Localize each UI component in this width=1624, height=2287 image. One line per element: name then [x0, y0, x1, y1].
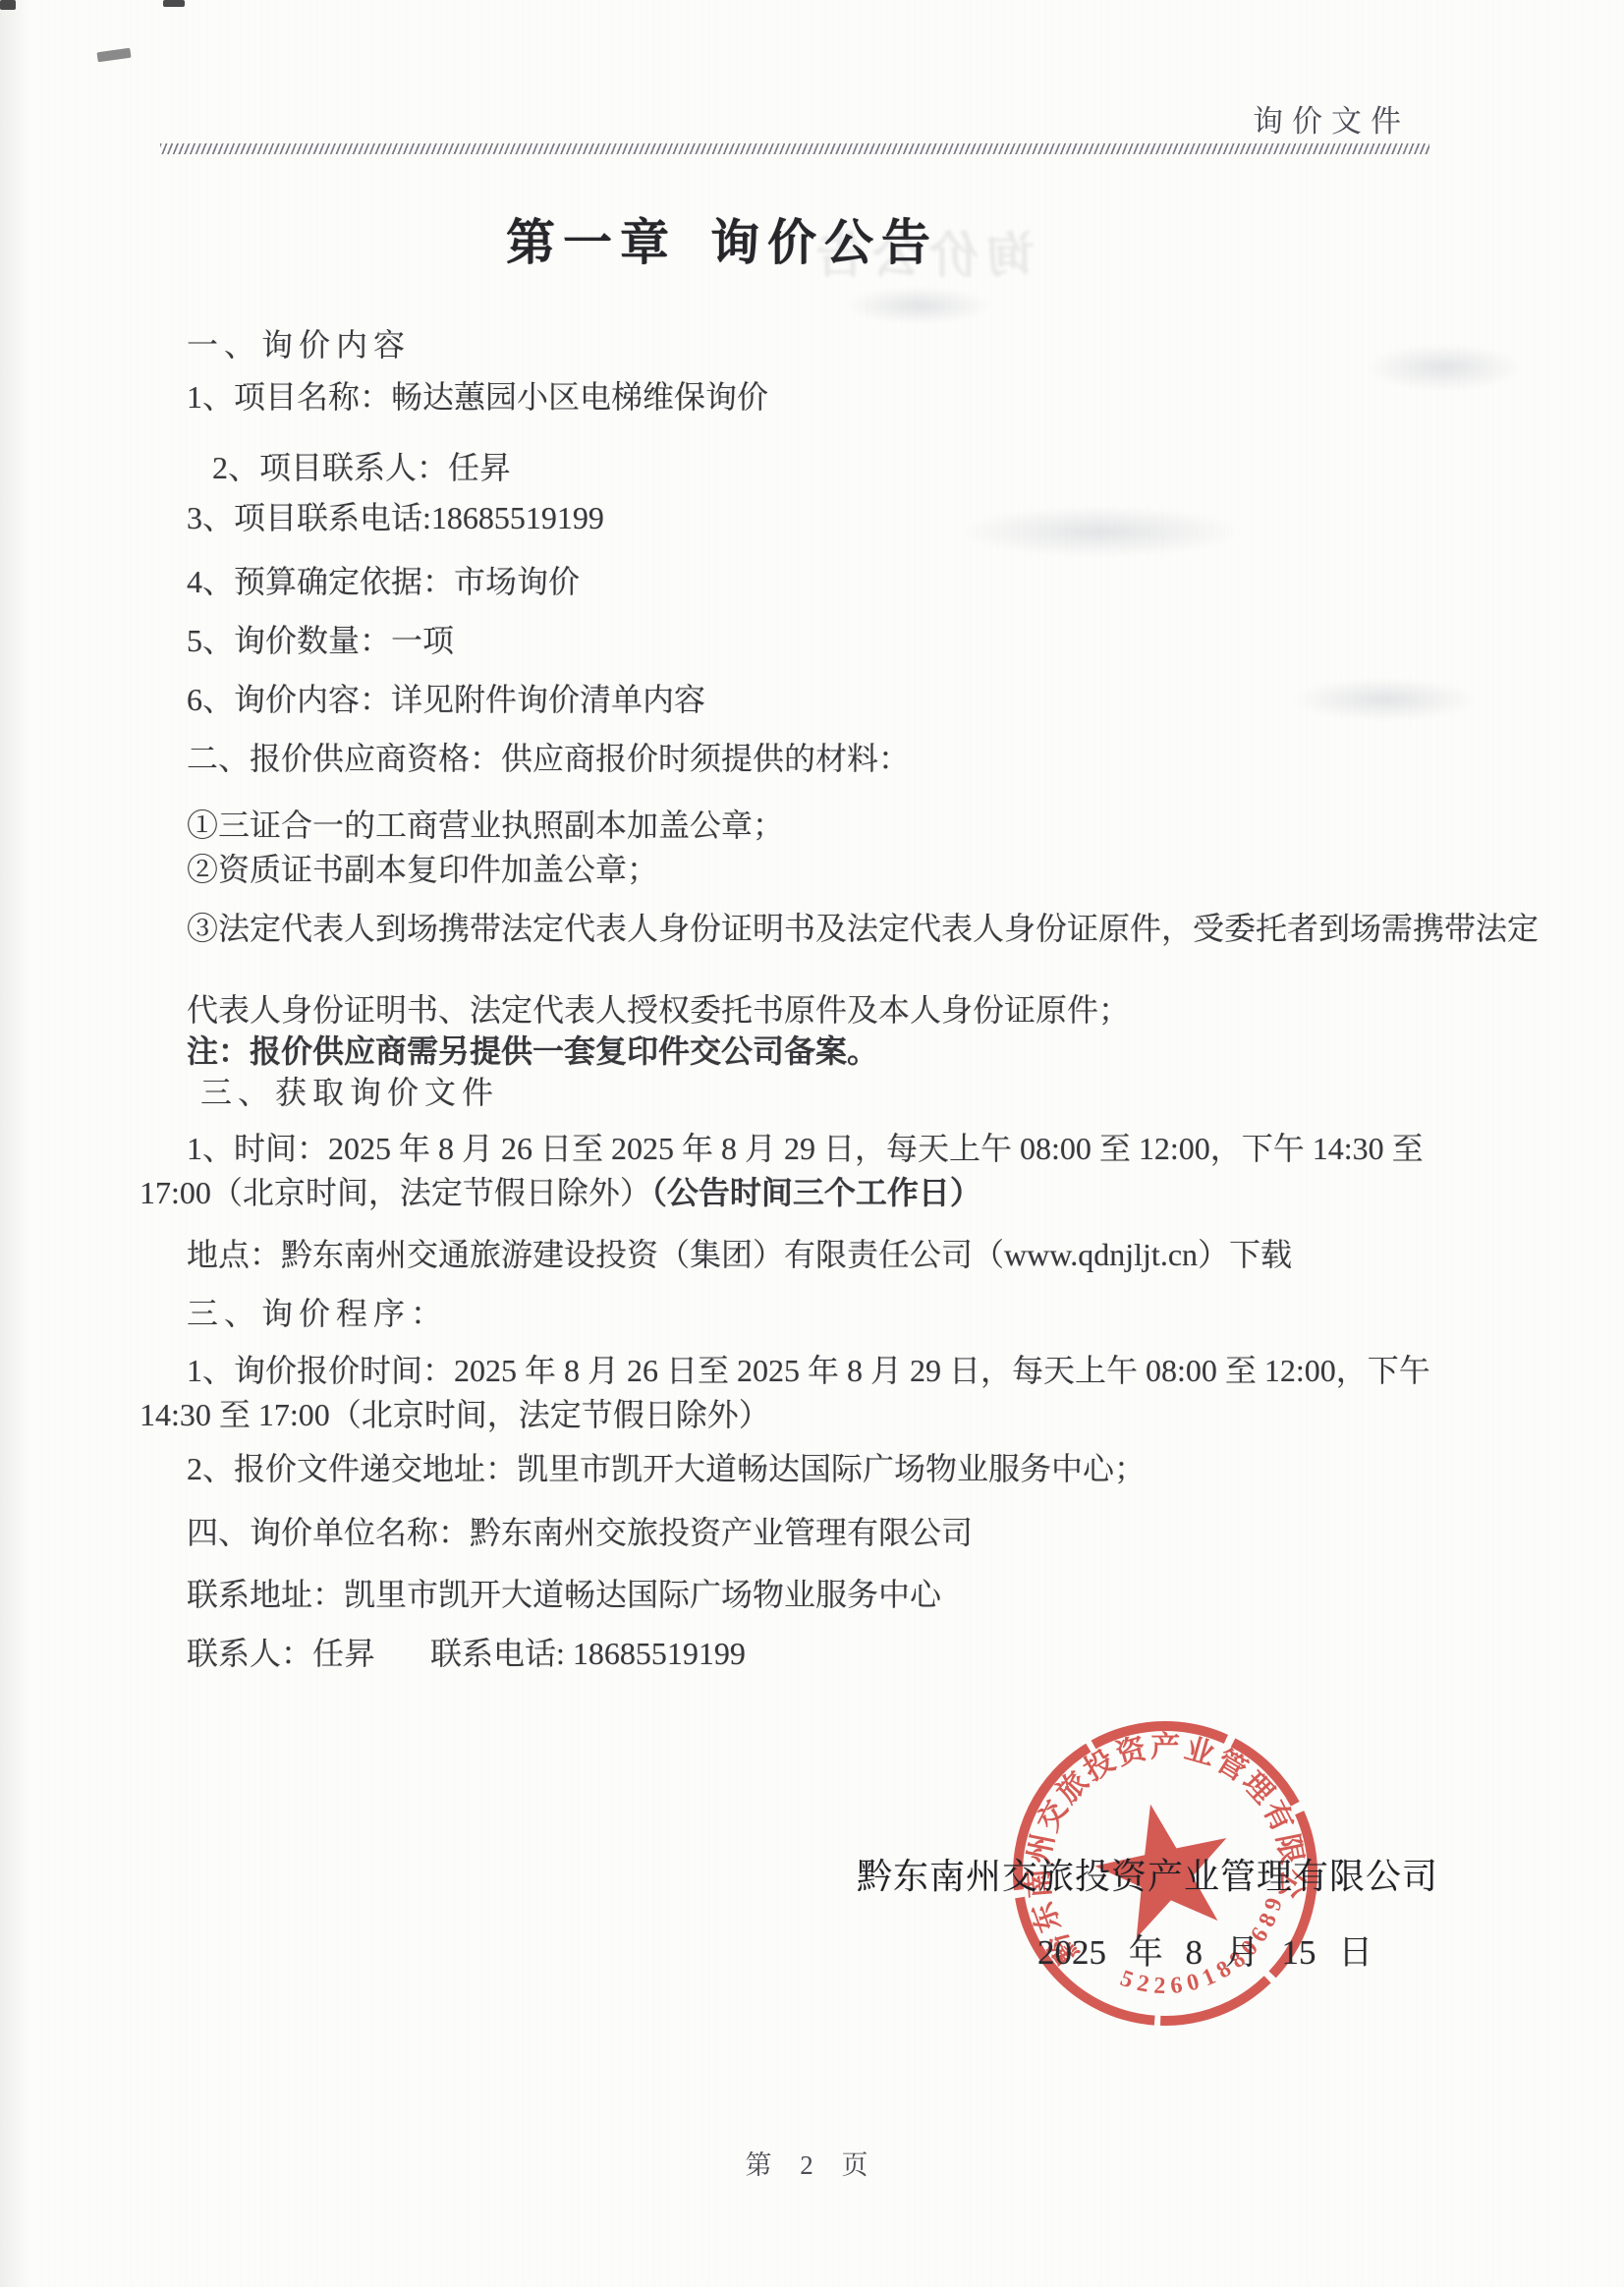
contact-person: 联系人：任昇: [187, 1636, 375, 1671]
item-project-phone: 3、项目联系电话:18685519199: [140, 497, 1515, 538]
signature-date: 2025 年 8 月 15 日: [1037, 1925, 1372, 1975]
item-budget-basis: 4、预算确定依据：市场询价: [140, 561, 1515, 602]
contact-address: 联系地址：凯里市凯开大道畅达国际广场物业服务中心: [140, 1574, 1515, 1615]
contact-line: 联系人：任昇联系电话: 18685519199: [140, 1633, 1515, 1674]
signature-company-name: 黔东南州交旅投资产业管理有限公司: [857, 1849, 1438, 1899]
item-project-name: 1、项目名称：畅达蕙园小区电梯维保询价: [140, 376, 1515, 418]
obtain-location: 地点：黔东南州交通旅游建设投资（集团）有限责任公司（www.qdnjljt.cn…: [140, 1234, 1515, 1275]
section-3-heading: 三、获取询价文件: [140, 1072, 1515, 1113]
section-2-heading: 二、报价供应商资格：供应商报价时须提供的材料：: [140, 738, 1515, 779]
chapter-number: 第一章: [506, 215, 677, 270]
scan-artifact-mark: [163, 0, 185, 7]
hatched-divider: [160, 143, 1429, 154]
chapter-name: 询价公告: [710, 215, 938, 270]
scanned-document-page: 询价文件 询价公告 第一章询价公告 一、询价内容 1、项目名称：畅达蕙园小区电梯…: [0, 0, 1624, 2287]
obtain-time-bold-note: （公告时间三个工作日）: [651, 1175, 981, 1210]
note-copies: 注：报价供应商需另提供一套复印件交公司备案。: [140, 1031, 1515, 1072]
page-title: 第一章询价公告: [506, 203, 938, 274]
obtain-time-line2: 17:00（北京时间，法定节假日除外）（公告时间三个工作日）: [140, 1172, 1515, 1213]
obtain-time-line1: 1、时间：2025 年 8 月 26 日至 2025 年 8 月 29 日，每天…: [140, 1128, 1515, 1169]
showthrough-artifact: [845, 287, 992, 324]
req-legal-rep-line1: ③法定代表人到场携带法定代表人身份证明书及法定代表人身份证原件，受委托者到场需携…: [140, 908, 1515, 949]
quote-time-line1: 1、询价报价时间：2025 年 8 月 26 日至 2025 年 8 月 29 …: [140, 1350, 1515, 1391]
contact-phone: 联系电话: 18685519199: [430, 1636, 746, 1671]
item-project-contact: 2、项目联系人：任昇: [140, 447, 1515, 488]
obtain-time-normal: 17:00（北京时间，法定节假日除外）: [140, 1175, 651, 1210]
section-procedure-heading: 三、询价程序：: [140, 1293, 1515, 1334]
scan-edge-shadow: [0, 0, 29, 2287]
item-inquiry-content: 6、询价内容：详见附件询价清单内容: [140, 679, 1515, 720]
submit-address: 2、报价文件递交地址：凯里市凯开大道畅达国际广场物业服务中心；: [140, 1448, 1515, 1489]
scan-artifact-mark: [0, 0, 16, 10]
req-qualification-cert: ②资质证书副本复印件加盖公章；: [140, 849, 1515, 890]
scan-artifact-mark: [96, 48, 131, 63]
req-legal-rep-line2: 代表人身份证明书、法定代表人授权委托书原件及本人身份证原件；: [140, 989, 1515, 1031]
inquiry-unit-name: 四、询价单位名称：黔东南州交旅投资产业管理有限公司: [140, 1512, 1515, 1553]
req-business-license: ①三证合一的工商营业执照副本加盖公章；: [140, 805, 1515, 846]
doc-type-label: 询价文件: [1253, 96, 1410, 140]
announcement-body: 一、询价内容 1、项目名称：畅达蕙园小区电梯维保询价 2、项目联系人：任昇 3、…: [140, 324, 1515, 1674]
section-1-heading: 一、询价内容: [140, 324, 1515, 365]
page-number-footer: 第 2 页: [0, 2144, 1624, 2182]
item-inquiry-quantity: 5、询价数量：一项: [140, 620, 1515, 661]
quote-time-line2: 14:30 至 17:00（北京时间，法定节假日除外）: [140, 1394, 1515, 1435]
